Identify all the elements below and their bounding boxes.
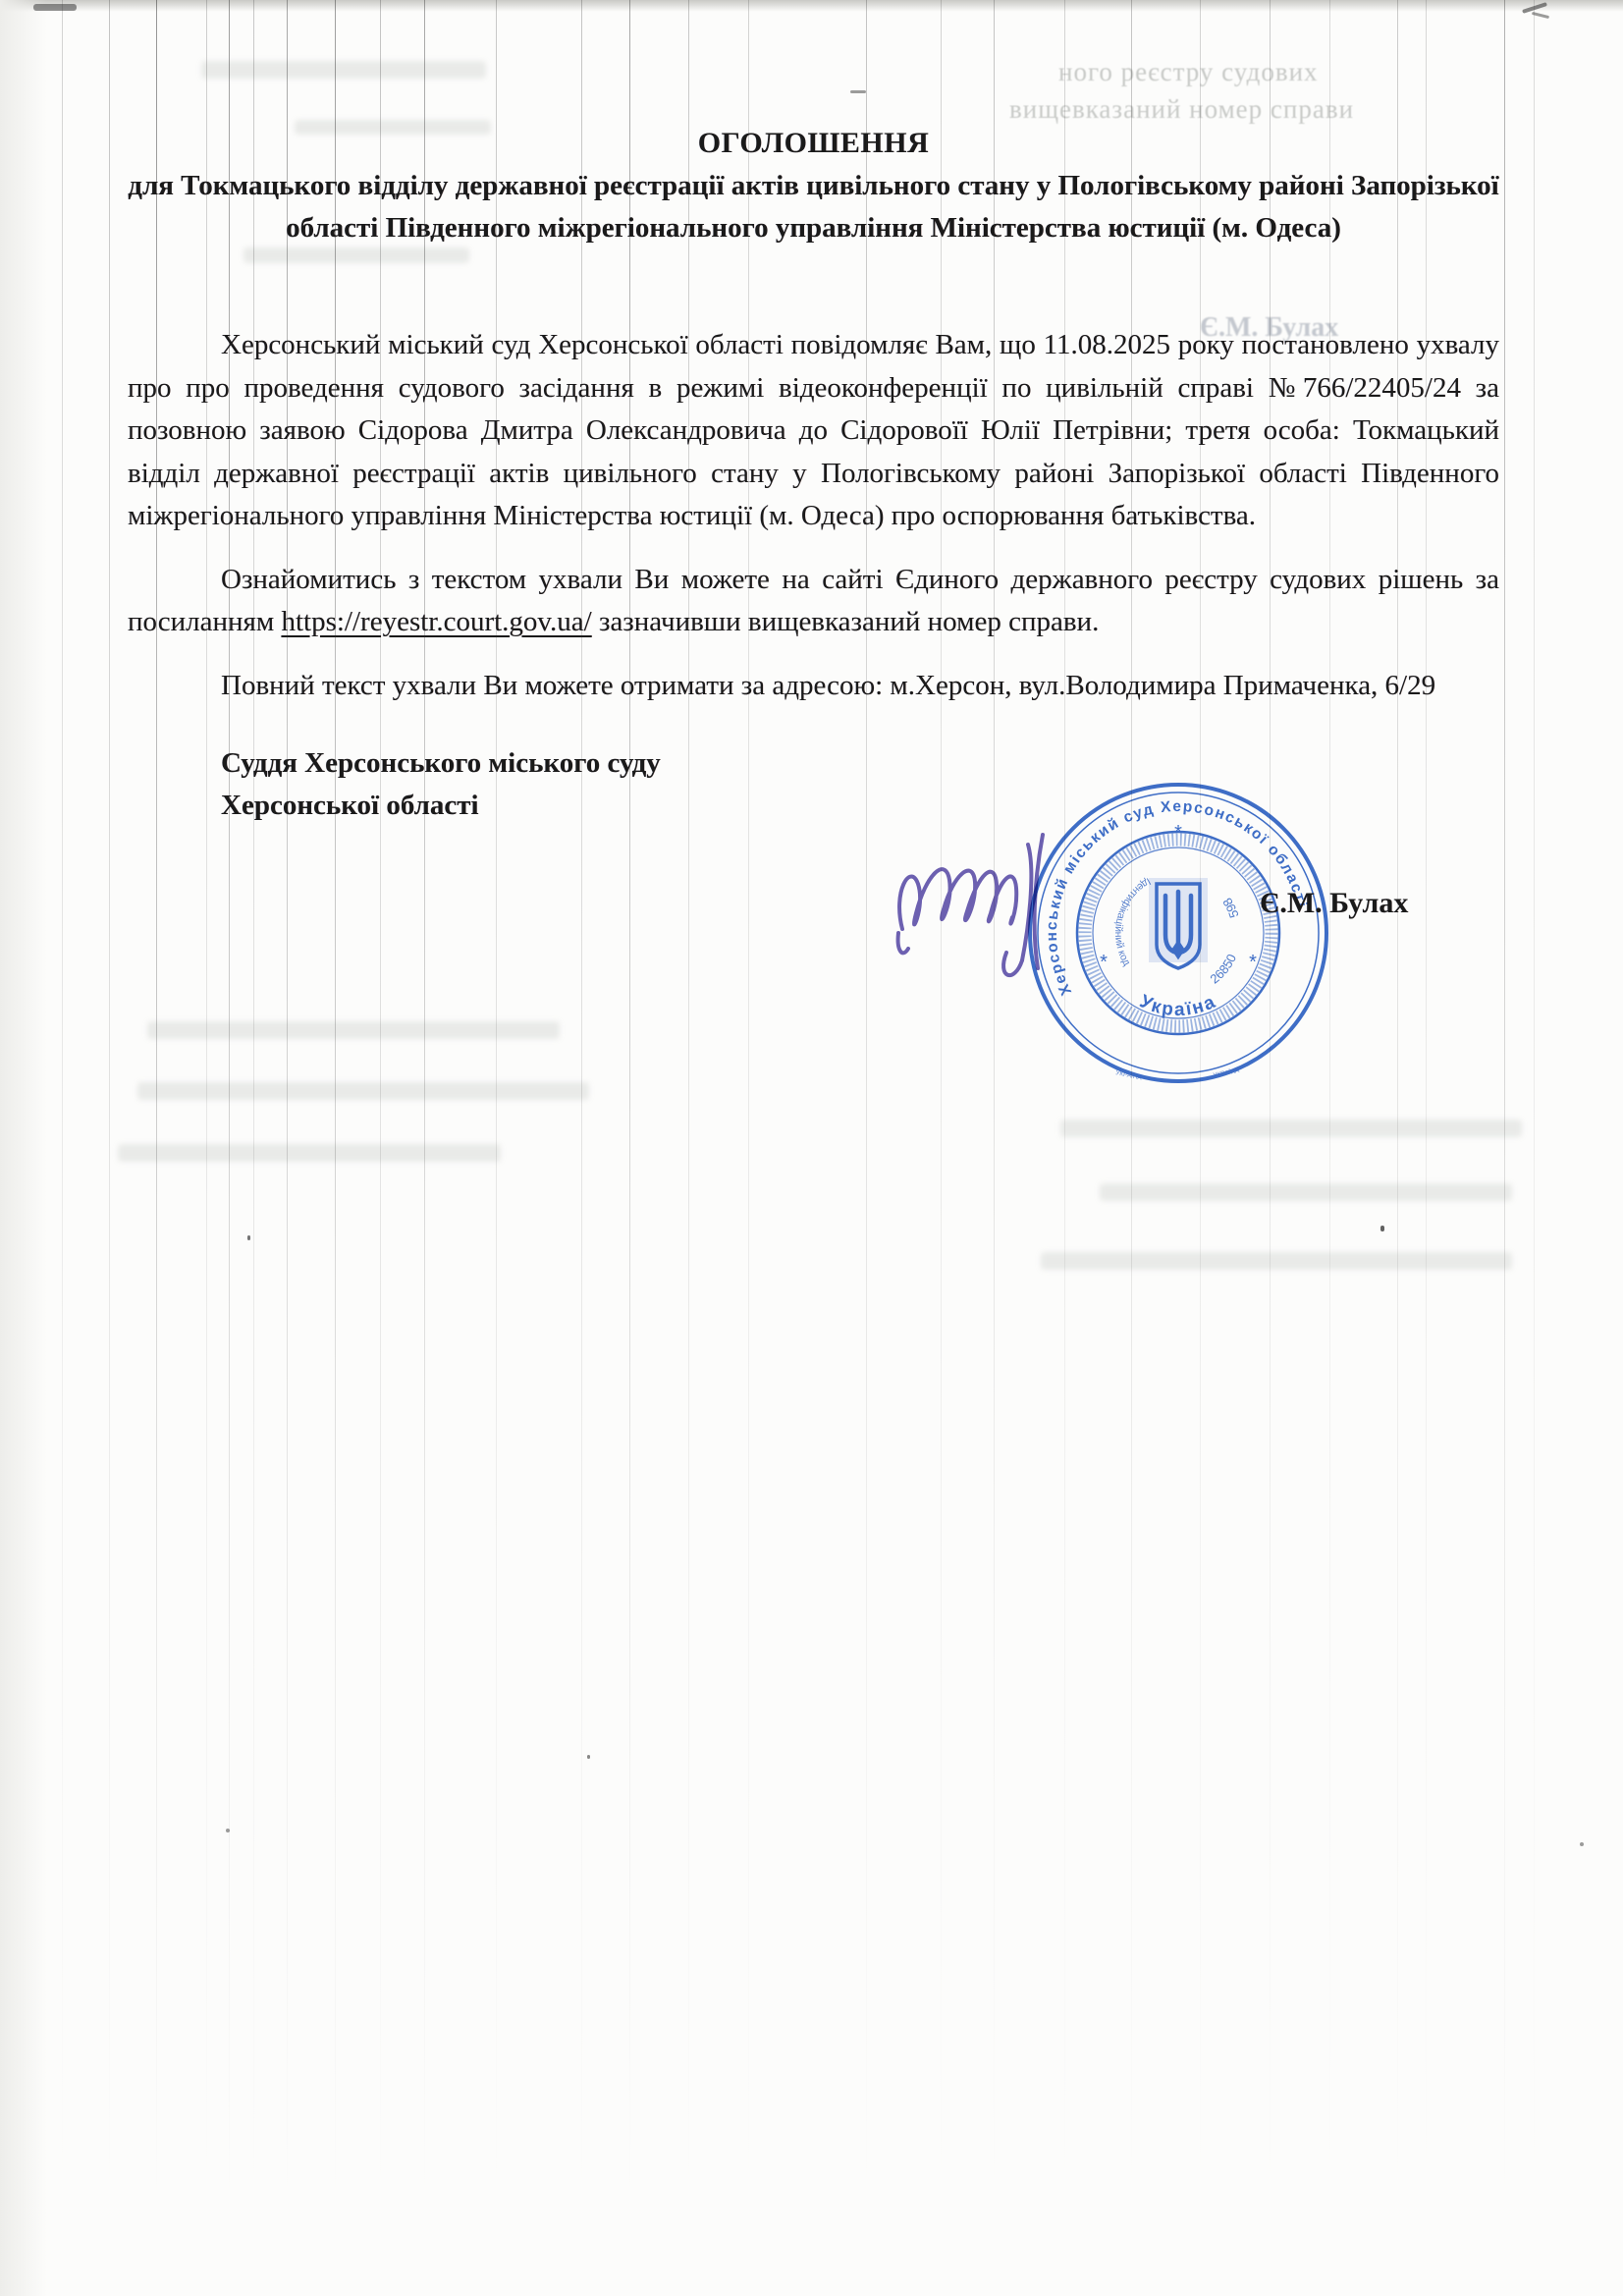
registry-url: https://reyestr.court.gov.ua/ (281, 606, 591, 637)
stamp-inner-left-holder: Ідентифікаційний код (1112, 875, 1153, 967)
scan-speck (587, 1755, 590, 1759)
document-title: ОГОЛОШЕННЯ (128, 124, 1499, 163)
fold-line (109, 0, 110, 2296)
fold-line (62, 0, 63, 2296)
paragraph-notice: Херсонський міський суд Херсонської обла… (128, 324, 1499, 538)
fold-line (1504, 0, 1505, 2296)
stamp-code-fragment-1: 26850 (1208, 952, 1239, 987)
bleedthrough-smudge (118, 1144, 501, 1162)
scan-speck (33, 4, 77, 11)
bleedthrough-smudge (147, 1021, 560, 1039)
bleedthrough-smudge (201, 61, 486, 79)
bleedthrough-smudge (137, 1082, 589, 1100)
bleedthrough-text: вищевказаний номер справи (1009, 94, 1354, 125)
handwritten-signature (889, 823, 1085, 990)
bleedthrough-smudge (1100, 1183, 1512, 1201)
stamp-star-right: * (1249, 952, 1257, 973)
document-body: ОГОЛОШЕННЯ для Токмацького відділу держа… (128, 124, 1499, 827)
paragraph-registry: Ознайомитись з текстом ухвали Ви можете … (128, 559, 1499, 644)
document-subtitle: для Токмацького відділу державної реєстр… (128, 165, 1499, 249)
scan-speck (850, 90, 866, 93)
bleedthrough-smudge (1041, 1252, 1512, 1270)
stamp-star-top: * (1174, 822, 1182, 844)
stamp-code-holder-2: 598 (1219, 896, 1241, 920)
paragraph-address: Повний текст ухвали Ви можете отримати з… (128, 665, 1499, 708)
judge-name: Є.М. Булах (1260, 887, 1408, 920)
bleedthrough-smudge (1060, 1120, 1522, 1137)
scan-speck (1380, 1226, 1384, 1231)
stamp-micro-text: УКРАЇНА (1115, 1068, 1144, 1082)
paragraph-registry-text-after: зазначивши вищевказаний номер справи. (592, 606, 1100, 637)
stamp-inner-left-text: Ідентифікаційний код (1112, 875, 1153, 967)
scan-speck (226, 1829, 230, 1832)
scan-speck (1532, 12, 1549, 19)
fold-line (1534, 0, 1535, 2296)
scan-speck (1580, 1842, 1584, 1846)
scanned-court-announcement-page: ного реєстру судових вищевказаний номер … (0, 0, 1623, 2296)
stamp-code-fragment-2: 598 (1219, 896, 1241, 920)
bleedthrough-text: ного реєстру судових (1058, 57, 1319, 87)
scan-speck (247, 1235, 250, 1240)
stamp-code-holder-1: 26850 (1208, 952, 1239, 987)
stamp-star-left: * (1100, 952, 1108, 973)
